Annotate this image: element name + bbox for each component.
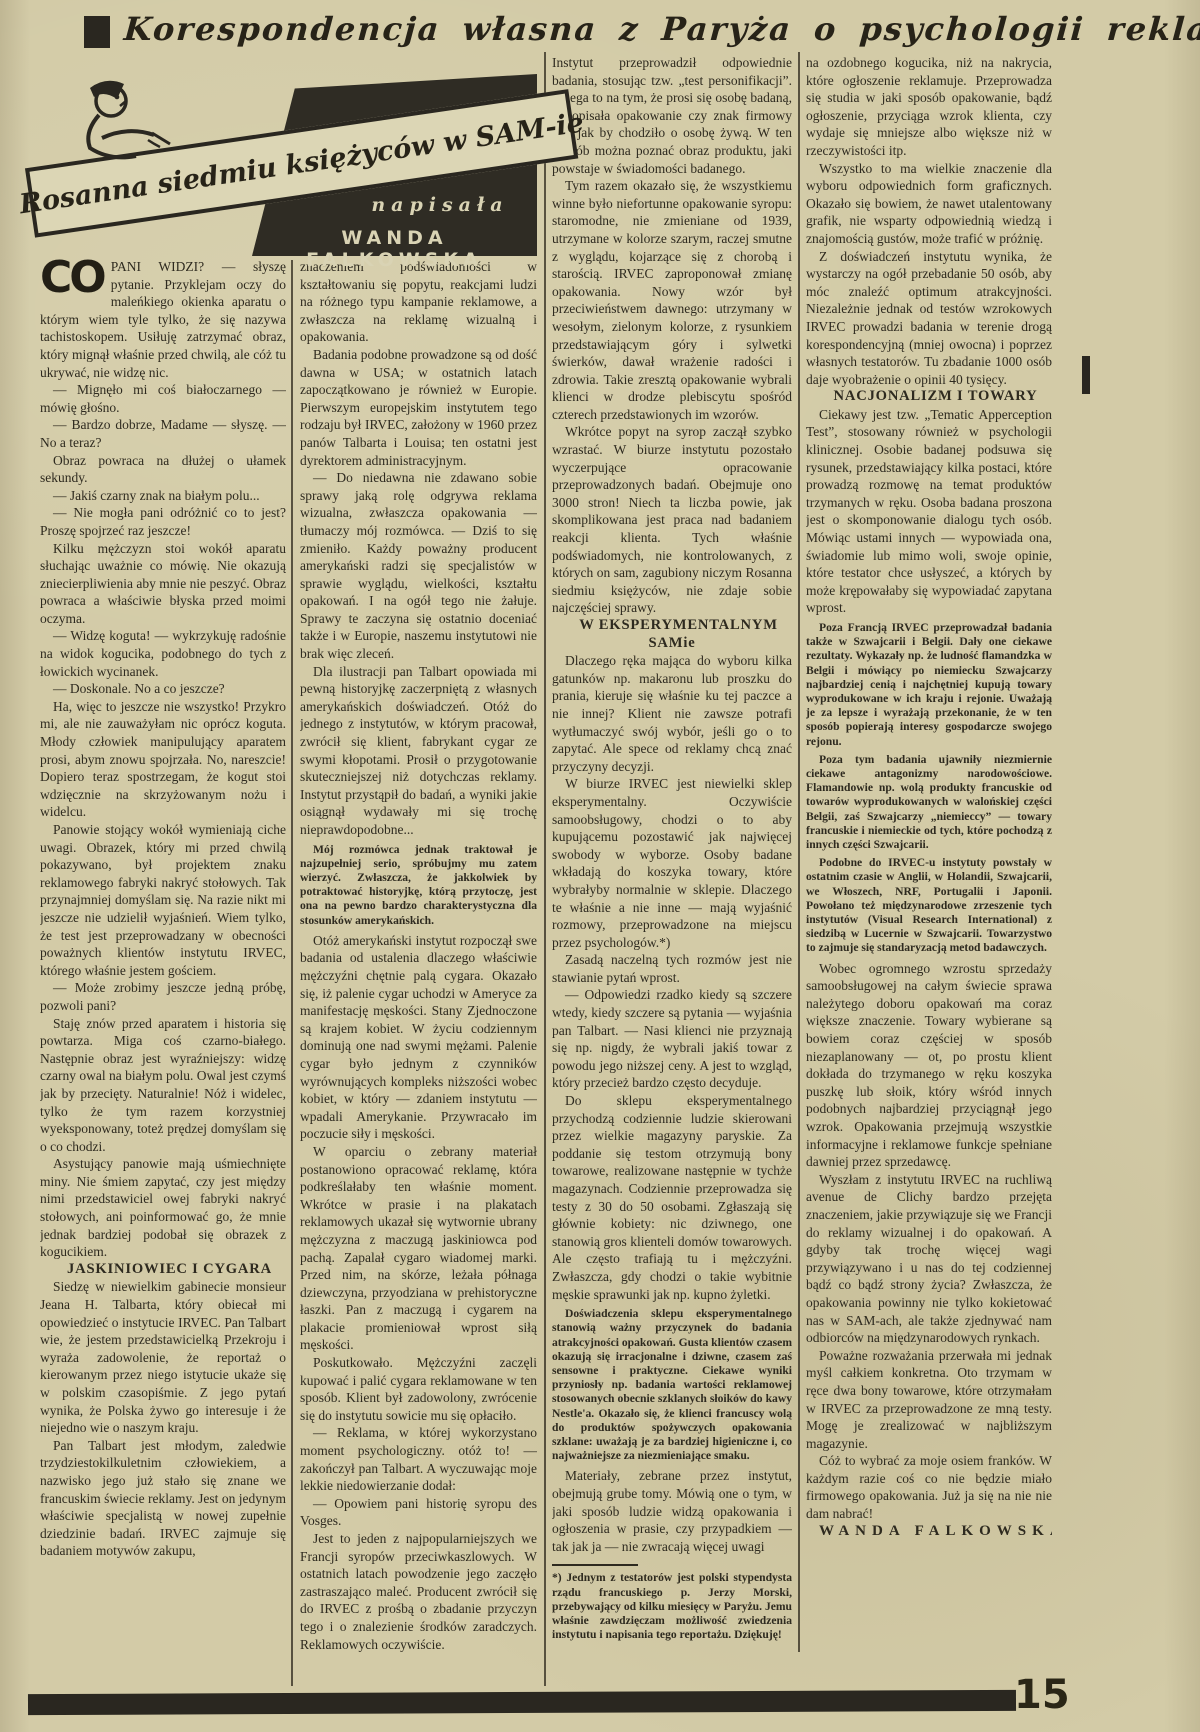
paragraph: Asystujący panowie mają uśmiechnięte min… [40, 1155, 286, 1261]
paragraph: — Bardzo dobrze, Madame — słyszę. — No a… [40, 416, 286, 451]
column-4: na ozdobnego kogucika, niż na nakrycia, … [806, 54, 1052, 1684]
paragraph: znaczeniem podświadomości w kształtowani… [300, 258, 537, 346]
paragraph: Poza tym badania ujawniły niezmiernie ci… [806, 753, 1052, 852]
paragraph: Dlaczego ręka mająca do wyboru kilka gat… [552, 652, 792, 775]
paragraph: Zasadą naczelną tych rozmów jest nie sta… [552, 951, 792, 986]
margin-mark [1082, 356, 1090, 394]
paragraph: Badania podobne prowadzone są od dość da… [300, 346, 537, 469]
paragraph: Poważne rozważania przerwała mi jednak m… [806, 1347, 1052, 1453]
paragraph: Wkrótce popyt na syrop zaczął szybko wzr… [552, 423, 792, 617]
paragraph: na ozdobnego kogucika, niż na nakrycia, … [806, 54, 1052, 160]
column-2: znaczeniem podświadomości w kształtowani… [300, 258, 537, 1688]
paragraph: — Nie mogła pani odróżnić co to jest? Pr… [40, 504, 286, 539]
section-heading: NACJONALIZM I TOWARY [806, 388, 1052, 406]
section-heading: JASKINIOWIEC I CYGARA [40, 1261, 286, 1279]
paragraph: Dla ilustracji pan Talbart opowiada mi p… [300, 663, 537, 839]
paragraph: Pan Talbart jest młodym, zaledwie trzydz… [40, 1437, 286, 1560]
paragraph: — Widzę koguta! — wykrzykuję radośnie na… [40, 627, 286, 680]
paragraph: — Może zrobimy jeszcze jedną próbę, pozw… [40, 979, 286, 1014]
magazine-page: Korespondencja własna z Paryża o psychol… [0, 0, 1200, 1732]
footnote-divider [552, 1564, 638, 1566]
byline-label: napisała [340, 194, 540, 216]
paragraph: — Reklama, w której wykorzystano moment … [300, 1424, 537, 1494]
paragraph: Poza Francją IRVEC przeprowadzał badania… [806, 621, 1052, 749]
paragraph: — Doskonale. No a co jeszcze? [40, 680, 286, 698]
kicker-square-icon [84, 16, 110, 48]
drop-cap: CO [40, 260, 104, 295]
paragraph: Cóż to wybrać za moje osiem franków. W k… [806, 1452, 1052, 1522]
column-divider [291, 260, 293, 1686]
paragraph: Z doświadczeń instytutu wynika, że wysta… [806, 248, 1052, 389]
paragraph: Do sklepu eksperymentalnego przychodzą c… [552, 1092, 792, 1303]
paragraph: Kilku mężczyzn stoi wokół aparatu słucha… [40, 540, 286, 628]
column-1: COPANI WIDZI? — słyszę pytanie. Przyklej… [40, 258, 286, 1688]
paragraph: W biurze IRVEC jest niewielki sklep eksp… [552, 775, 792, 951]
bottom-rule-bar [28, 1690, 1016, 1715]
paragraph: — Do niedawna nie zdawano sobie sprawy j… [300, 469, 537, 663]
author-signature: WANDA FALKOWSKA [806, 1523, 1052, 1541]
paragraph: Obraz powraca na dłużej o ułamek sekundy… [40, 452, 286, 487]
paragraph: Siedzę w niewielkim gabinecie monsieur J… [40, 1278, 286, 1436]
paragraph: Materiały, zebrane przez instytut, obejm… [552, 1467, 792, 1555]
paragraph: Ciekawy jest tzw. „Tematic Apperception … [806, 406, 1052, 617]
column-divider [798, 52, 800, 1652]
paragraph: — Opowiem pani historię syropu des Vosge… [300, 1495, 537, 1530]
paragraph: Instytut przeprowadził odpowiednie badan… [552, 54, 792, 177]
paragraph: Wszystko to ma wielkie znaczenie dla wyb… [806, 160, 1052, 248]
paragraph: W oparciu o zebrany materiał postanowion… [300, 1143, 537, 1354]
section-heading: W EKSPERYMENTALNYM SAMie [552, 617, 792, 652]
column-3: Instytut przeprowadził odpowiednie badan… [552, 54, 792, 1688]
footnote: *) Jednym z testatorów jest polski stype… [552, 1571, 792, 1642]
paragraph: — Odpowiedzi rzadko kiedy są szczere wte… [552, 986, 792, 1092]
paragraph: Tym razem okazało się, że wszystkiemu wi… [552, 177, 792, 423]
writer-doodle-icon [56, 74, 184, 186]
paragraph: — Jakiś czarny znak na białym polu... [40, 487, 286, 505]
paragraph: Panowie stojący wokół wymieniają ciche u… [40, 821, 286, 979]
paragraph: Otóż amerykański instytut rozpoczął swe … [300, 932, 537, 1143]
paragraph: — Mignęło mi coś białoczarnego — mówię g… [40, 381, 286, 416]
byline-name: WANDA FALKOWSKA [252, 227, 537, 271]
paragraph: Staję znów przed aparatem i historia się… [40, 1015, 286, 1156]
paragraph: Jest to jeden z najpopularniejszych we F… [300, 1530, 537, 1653]
page-number: 15 [1014, 1672, 1070, 1718]
paragraph: COPANI WIDZI? — słyszę pytanie. Przyklej… [40, 258, 286, 381]
kicker-headline: Korespondencja własna z Paryża o psychol… [123, 10, 1200, 48]
paragraph: Poskutkowało. Mężczyźni zaczęli kupować … [300, 1354, 537, 1424]
paragraph: Wyszłam z instytutu IRVEC na ruchliwą av… [806, 1171, 1052, 1347]
paragraph: Mój rozmówca jednak traktował je najzupe… [300, 843, 537, 928]
paragraph: Wobec ogromnego wzrostu sprzedaży samoob… [806, 960, 1052, 1171]
paragraph: Ha, więc to jeszcze nie wszystko! Przykr… [40, 698, 286, 821]
column-divider [544, 52, 546, 1686]
paragraph: Podobne do IRVEC-u instytuty powstały w … [806, 856, 1052, 955]
paragraph: Doświadczenia sklepu eksperymentalnego s… [552, 1307, 792, 1463]
